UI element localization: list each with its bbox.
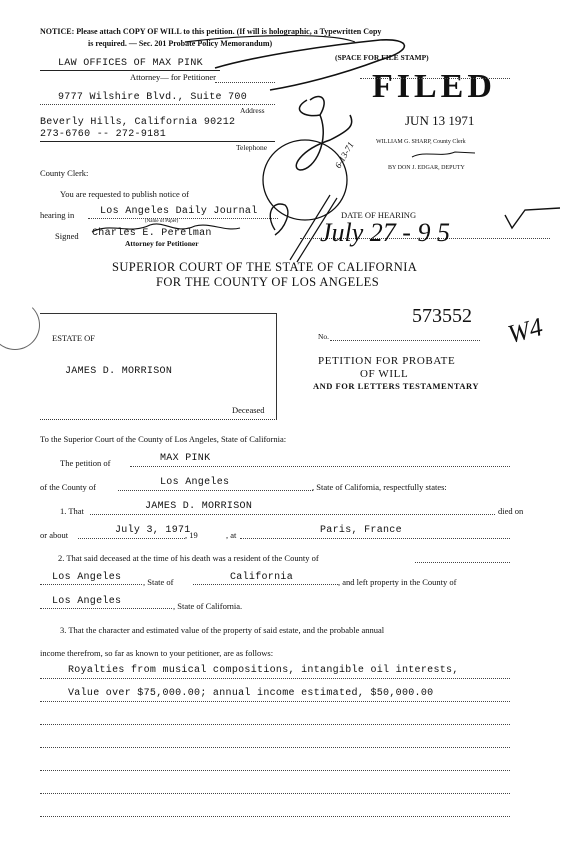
publish-request: You are requested to publish notice of bbox=[60, 189, 189, 199]
item-3-line-2: income therefrom, so far as known to you… bbox=[40, 648, 273, 658]
state-of-label: , State of bbox=[143, 577, 173, 587]
deceased-label: Deceased bbox=[232, 405, 265, 415]
filed-date: JUN 13 1971 bbox=[405, 113, 474, 129]
court-name-line-1: SUPERIOR COURT OF THE STATE OF CALIFORNI… bbox=[112, 260, 417, 275]
residence-county: Los Angeles bbox=[52, 572, 121, 583]
or-about-label: or about bbox=[40, 530, 68, 540]
attorney-telephone: 273-6760 -- 272-9181 bbox=[40, 129, 166, 140]
decedent-name: JAMES D. MORRISON bbox=[65, 366, 172, 377]
petition-title-3: AND FOR LETTERS TESTAMENTARY bbox=[313, 381, 479, 391]
hearing-in-label: hearing in bbox=[40, 210, 74, 220]
year-prefix: , 19 bbox=[185, 530, 198, 540]
decedent-name-body: JAMES D. MORRISON bbox=[145, 501, 252, 512]
clerk-line: WILLIAM G. SHARP, County Clerk bbox=[376, 139, 466, 145]
petitioner-county: Los Angeles bbox=[160, 477, 229, 488]
death-place: Paris, France bbox=[320, 525, 402, 536]
petition-title-1: PETITION FOR PROBATE bbox=[318, 355, 455, 367]
petitioner-name: MAX PINK bbox=[160, 453, 210, 464]
estate-of-label: ESTATE OF bbox=[52, 333, 95, 343]
attorney-name: LAW OFFICES OF MAX PINK bbox=[58, 58, 203, 69]
deputy-line: BY DON J. EDGAR, DEPUTY bbox=[388, 165, 465, 171]
item-2-text: 2. That said deceased at the time of his… bbox=[58, 553, 319, 563]
file-stamp-label: (SPACE FOR FILE STAMP) bbox=[335, 53, 429, 62]
attorney-address-1: 9777 Wilshire Blvd., Suite 700 bbox=[58, 92, 247, 103]
court-address: To the Superior Court of the County of L… bbox=[40, 434, 286, 444]
petition-title-2: OF WILL bbox=[360, 368, 408, 380]
telephone-label: Telephone bbox=[236, 143, 267, 152]
notice-line-1: NOTICE: Please attach COPY OF WILL to th… bbox=[40, 27, 381, 36]
residence-state: California bbox=[230, 572, 293, 583]
blank-line bbox=[40, 816, 510, 817]
item-3-line-1: 3. That the character and estimated valu… bbox=[60, 625, 384, 635]
property-county: Los Angeles bbox=[52, 596, 121, 607]
blank-line bbox=[40, 724, 510, 725]
blank-line bbox=[40, 793, 510, 794]
hearing-date-handwritten: July 27 - 9 5 bbox=[320, 218, 450, 248]
death-date: July 3, 1971 bbox=[115, 525, 191, 536]
county-of-label: of the County of bbox=[40, 482, 96, 492]
case-no-label: No. bbox=[318, 332, 329, 341]
signer-name: Charles E. Perelman bbox=[92, 228, 212, 239]
name-of-paper-label: (Name of Paper) bbox=[145, 219, 178, 224]
attorney-address-2: Beverly Hills, California 90212 bbox=[40, 117, 235, 128]
handwritten-note: W4 bbox=[505, 312, 546, 350]
seal-stamp bbox=[0, 300, 40, 350]
case-number: 573552 bbox=[412, 305, 472, 328]
notice-line-2: is required. — Sec. 201 Probate Policy M… bbox=[88, 39, 272, 48]
court-name-line-2: FOR THE COUNTY OF LOS ANGELES bbox=[156, 275, 379, 290]
county-clerk-label: County Clerk: bbox=[40, 168, 88, 178]
attorney-label: Attorney— for Petitioner bbox=[130, 72, 216, 82]
signed-label: Signed bbox=[55, 231, 79, 241]
state-ca-label: , State of California. bbox=[173, 601, 242, 611]
handwritten-filed-mark: 6-13-71 bbox=[333, 140, 356, 170]
property-description-2: Value over $75,000.00; annual income est… bbox=[68, 688, 433, 699]
property-description-1: Royalties from musical compositions, int… bbox=[68, 665, 459, 676]
blank-line bbox=[40, 747, 510, 748]
newspaper-name: Los Angeles Daily Journal bbox=[100, 206, 258, 217]
blank-line bbox=[40, 770, 510, 771]
signer-label: Attorney for Petitioner bbox=[125, 239, 199, 248]
at-label: , at bbox=[226, 530, 236, 540]
filed-stamp: FILED bbox=[372, 68, 496, 106]
address-label: Address bbox=[240, 106, 265, 115]
item-1-label: 1. That bbox=[60, 506, 84, 516]
petition-of-label: The petition of bbox=[60, 458, 111, 468]
died-on-label: died on bbox=[498, 506, 523, 516]
left-property-label: , and left property in the County of bbox=[338, 577, 457, 587]
county-suffix: , State of California, respectfully stat… bbox=[312, 482, 447, 492]
